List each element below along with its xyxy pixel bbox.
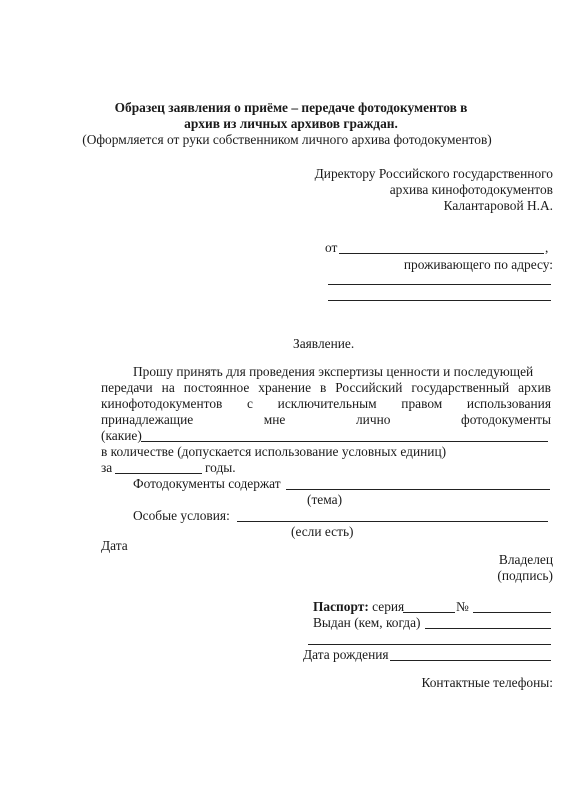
- body-word: использования: [467, 396, 551, 412]
- years-suffix: годы.: [205, 460, 236, 476]
- owner-label: Владелец: [499, 552, 553, 568]
- issued-field[interactable]: [425, 628, 551, 629]
- which-field[interactable]: [141, 441, 548, 442]
- addressee-line1: Директору Российского государственного: [315, 166, 553, 182]
- birth-label: Дата рождения: [303, 647, 389, 663]
- issued-label: Выдан (кем, когда): [313, 615, 421, 631]
- body-word: на: [162, 380, 175, 396]
- body-word: принадлежащие: [101, 412, 193, 428]
- passport-series-field[interactable]: [403, 612, 455, 613]
- contacts-label: Контактные телефоны:: [421, 675, 553, 691]
- signature-hint: (подпись): [497, 568, 553, 584]
- body-line2: передачинапостоянноехранениевРоссийскийг…: [101, 380, 551, 396]
- body-word: Российский: [335, 380, 402, 396]
- passport-number-label: №: [456, 599, 469, 615]
- passport-series-label: серия: [372, 599, 404, 614]
- body-word: постоянное: [184, 380, 250, 396]
- document-title-line2: архив из личных архивов граждан.: [0, 116, 582, 132]
- years-prefix: за: [101, 460, 112, 476]
- conditions-label: Особые условия:: [133, 508, 230, 524]
- addressee-line3: Калантаровой Н.А.: [444, 198, 553, 214]
- which-label: (какие): [101, 428, 142, 444]
- body-word: мне: [264, 412, 286, 428]
- contents-label: Фотодокументы содержат: [133, 476, 281, 492]
- address-label: проживающего по адресу:: [404, 257, 553, 273]
- issued-field-continued[interactable]: [308, 644, 551, 645]
- body-word: исключительным: [278, 396, 377, 412]
- address-field-1[interactable]: [328, 284, 551, 285]
- sender-name-field[interactable]: [339, 253, 544, 254]
- conditions-hint: (если есть): [291, 524, 354, 540]
- body-word: в: [320, 380, 326, 396]
- from-comma: ,: [545, 240, 548, 256]
- conditions-field[interactable]: [237, 521, 548, 522]
- body-line1-text: Прошу принять для проведения экспертизы …: [133, 364, 533, 380]
- address-field-2[interactable]: [328, 300, 551, 301]
- body-word: с: [247, 396, 253, 412]
- body-word: архив: [518, 380, 551, 396]
- contents-hint: (тема): [307, 492, 342, 508]
- quantity-label: в количестве (допускается использование …: [101, 444, 446, 460]
- passport-row: Паспорт: серия: [313, 599, 404, 615]
- body-line4: принадлежащиемнеличнофотодокументы: [101, 412, 551, 428]
- passport-label: Паспорт:: [313, 599, 369, 614]
- date-label: Дата: [101, 538, 128, 554]
- body-word: лично: [356, 412, 390, 428]
- years-field[interactable]: [115, 473, 202, 474]
- from-label: от: [325, 240, 337, 256]
- body-word: хранение: [258, 380, 311, 396]
- contents-field[interactable]: [286, 489, 550, 490]
- birth-field[interactable]: [390, 660, 551, 661]
- body-word: кинофотодокументов: [101, 396, 222, 412]
- body-word: правом: [401, 396, 442, 412]
- body-word: передачи: [101, 380, 153, 396]
- body-word: государственный: [411, 380, 509, 396]
- passport-number-field[interactable]: [473, 612, 551, 613]
- document-title-line1: Образец заявления о приёме – передаче фо…: [0, 100, 582, 116]
- body-word: фотодокументы: [461, 412, 551, 428]
- addressee-line2: архива кинофотодокументов: [390, 182, 553, 198]
- statement-heading: Заявление.: [293, 336, 354, 352]
- document-subtitle: (Оформляется от руки собственником лично…: [0, 132, 578, 148]
- body-line1: Прошу принять для проведения экспертизы …: [133, 364, 551, 380]
- body-line3: кинофотодокументовсисключительнымправоми…: [101, 396, 551, 412]
